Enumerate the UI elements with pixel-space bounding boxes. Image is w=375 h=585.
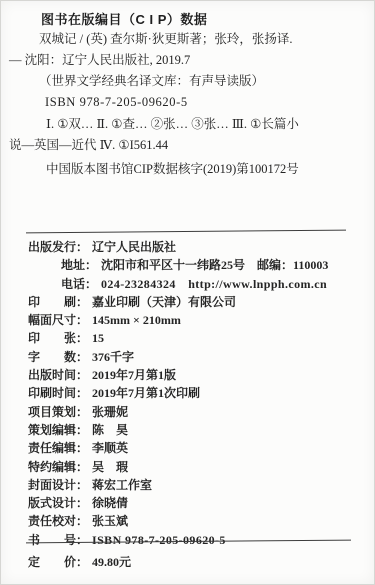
cip-block: 双城记 / (英) 查尔斯·狄更斯著；张玲，张扬译. — 沈阳：辽宁人民出版社,… [1, 29, 374, 180]
colophon-label: 封面设计： [28, 476, 88, 493]
colophon-value: 沈阳市和平区十一纬路25号 邮编：110003 [101, 256, 328, 273]
colophon-label: 项目策划： [28, 403, 88, 420]
colophon-value: 2019年7月第1次印刷 [92, 384, 200, 401]
colophon-value: 024-23284324 http://www.lnpph.com.cn [101, 275, 327, 292]
colophon-row-pubdate: 出版时间： 2019年7月第1版 [28, 366, 368, 384]
colophon-value: 辽宁人民出版社 [92, 238, 176, 255]
colophon-label: 责任校对： [28, 512, 88, 529]
colophon-row-printdate: 印刷时间： 2019年7月第1次印刷 [28, 384, 368, 402]
colophon-value: 徐晓倩 [92, 494, 128, 511]
divider-top [26, 230, 346, 234]
cip-classification-line2: 说—英国—近代 Ⅳ. ①I561.44 [9, 135, 374, 156]
colophon-row-wordcount: 字 数： 376千字 [28, 348, 368, 366]
cip-series-note: （世界文学经典名译文库：有声导读版） [39, 71, 374, 92]
cip-description-line1: 双城记 / (英) 查尔斯·狄更斯著；张玲，张扬译. [39, 29, 374, 50]
colophon-row-contributing-editor: 特约编辑： 吴 瑕 [28, 458, 368, 476]
cip-description-line2: — 沈阳：辽宁人民出版社, 2019.7 [9, 50, 374, 71]
colophon-value: 蒋宏工作室 [92, 476, 152, 493]
price-row: 定 价： 49.80元 [28, 553, 131, 570]
price-label: 定 价： [28, 553, 88, 570]
colophon-value: 145mm × 210mm [92, 313, 181, 328]
colophon-label: 电话： [61, 275, 97, 292]
price-value: 49.80元 [92, 553, 131, 570]
colophon-row-responsible-editor: 责任编辑： 李顺英 [28, 439, 368, 457]
colophon-row-sheets: 印 张： 15 [28, 329, 368, 347]
colophon-value: 嘉业印刷（天津）有限公司 [92, 293, 236, 310]
colophon-label: 幅面尺寸： [28, 311, 88, 328]
colophon-row-publisher: 出版发行： 辽宁人民出版社 [28, 238, 368, 256]
colophon-row-printer: 印 刷： 嘉业印刷（天津）有限公司 [28, 293, 368, 311]
cip-record-number: 中国版本图书馆CIP数据核字(2019)第100172号 [46, 159, 374, 180]
cip-title: 图书在版编目（C I P）数据 [41, 9, 207, 28]
cip-classification-line1: Ⅰ. ①双… Ⅱ. ①查… ②张… ③张… Ⅲ. ①长篇小 [46, 114, 374, 135]
colophon-block: 出版发行： 辽宁人民出版社 地址： 沈阳市和平区十一纬路25号 邮编：11000… [28, 238, 368, 549]
colophon-label: 出版时间： [28, 366, 88, 383]
colophon-value: 张珊妮 [92, 403, 128, 420]
colophon-row-planning-editor: 策划编辑： 陈 昊 [28, 421, 368, 439]
colophon-row-layout-design: 版式设计： 徐晓倩 [28, 494, 368, 512]
colophon-value: 陈 昊 [92, 421, 128, 438]
colophon-row-address: 地址： 沈阳市和平区十一纬路25号 邮编：110003 [28, 256, 368, 274]
colophon-label: 版式设计： [28, 494, 88, 511]
colophon-row-size: 幅面尺寸： 145mm × 210mm [28, 311, 368, 329]
colophon-label: 特约编辑： [28, 458, 88, 475]
colophon-label: 地址： [61, 256, 97, 273]
cip-isbn: ISBN 978-7-205-09620-5 [45, 92, 374, 113]
colophon-label: 出版发行： [28, 238, 88, 255]
colophon-value: 2019年7月第1版 [92, 366, 176, 383]
colophon-value: 吴 瑕 [92, 458, 128, 475]
colophon-value: 李顺英 [92, 439, 128, 456]
colophon-label: 印刷时间： [28, 384, 88, 401]
colophon-row-cover-design: 封面设计： 蒋宏工作室 [28, 476, 368, 494]
colophon-row-phone: 电话： 024-23284324 http://www.lnpph.com.cn [28, 275, 368, 293]
colophon-label: 责任编辑： [28, 439, 88, 456]
colophon-label: 印 刷： [28, 293, 88, 310]
colophon-value: 15 [92, 331, 104, 346]
book-copyright-page: 图书在版编目（C I P）数据 双城记 / (英) 查尔斯·狄更斯著；张玲，张扬… [0, 0, 375, 585]
colophon-label: 书 号： [28, 531, 88, 548]
colophon-row-project-planner: 项目策划： 张珊妮 [28, 403, 368, 421]
colophon-value: 张玉斌 [92, 512, 128, 529]
colophon-row-proofreader: 责任校对： 张玉斌 [28, 512, 368, 530]
colophon-value: 376千字 [92, 348, 134, 365]
colophon-label: 字 数： [28, 348, 88, 365]
colophon-label: 策划编辑： [28, 421, 88, 438]
colophon-label: 印 张： [28, 329, 88, 346]
